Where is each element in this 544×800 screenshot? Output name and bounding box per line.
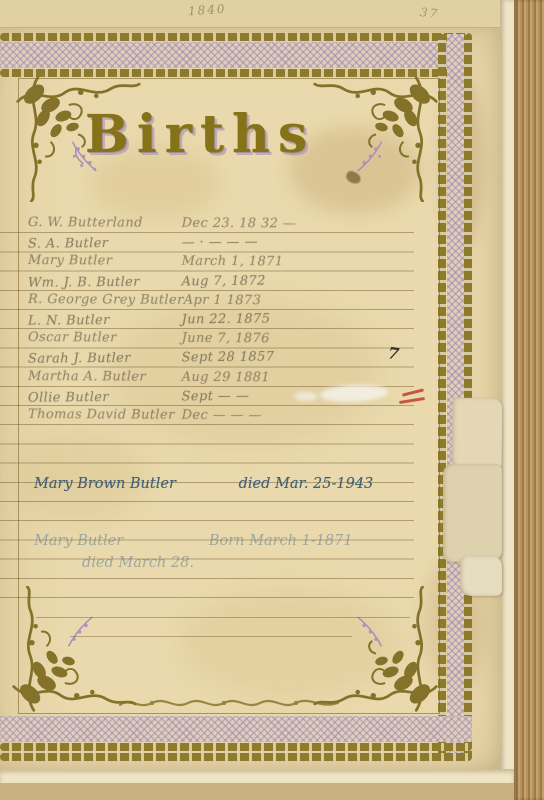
register-entry-row: R. George Grey Butler Apr 1 1873 (28, 292, 412, 312)
ruled-line (36, 617, 410, 618)
page-title: Births (40, 104, 360, 165)
register-entry-row: Wm. J. B. Butler Aug 7, 1872 (28, 272, 412, 293)
ink-entry-row: died March 28. (82, 555, 454, 571)
entry-name: Mary Butler (34, 533, 209, 549)
entry-name: Oscar Butler (28, 330, 182, 349)
entry-date: — · — — — (182, 235, 258, 254)
torn-page-fragment (460, 556, 502, 596)
book-scan: 1840 37 (0, 0, 544, 800)
register-entry-row: L. N. Butler Jun 22. 1875 (28, 310, 412, 331)
purple-lattice-border (0, 42, 472, 68)
register-entry-row: S. A. Butler — · — — — (28, 234, 412, 255)
births-register-page: Births 7 G. W. Butterland Dec 23. 18 32 … (0, 28, 502, 770)
gold-chain-border (0, 753, 472, 761)
entry-name: R. George Grey Butler (28, 292, 184, 311)
register-entry-row: Thomas David Butler Dec — — — (28, 407, 412, 427)
gold-chain-border (0, 33, 472, 41)
entry-name: Thomas David Butler (28, 407, 182, 426)
entry-name: Wm. J. B. Butler (28, 274, 182, 293)
entry-name: G. W. Butterland (28, 215, 182, 234)
background-surface (0, 783, 514, 800)
underlying-page-bottom (0, 769, 514, 783)
entry-date: Dec — — — (182, 408, 262, 426)
entry-date: Aug 7, 1872 (182, 273, 266, 292)
register-entry-row: Martha A. Butler Aug 29 1881 (28, 369, 412, 389)
purple-lattice-border (0, 716, 472, 742)
entry-name: Ollie Butler (28, 389, 182, 408)
underlying-page-edge (500, 0, 514, 800)
margin-note-right: 37 (419, 5, 440, 21)
torn-page-fragment (452, 398, 503, 473)
register-entry-row: Mary Butler March 1, 1871 (28, 253, 412, 273)
entry-name: S. A. Butler (28, 236, 182, 255)
entry-name: died March 28. (82, 555, 287, 571)
entry-date: Sept 28 1857 (182, 350, 275, 369)
entry-name: Sarah J. Butler (28, 351, 182, 370)
ruled-line (70, 636, 352, 637)
entry-date: died Mar. 25-1943 (239, 476, 374, 492)
entry-date: Aug 29 1881 (182, 369, 270, 387)
register-entry-row: Sarah J. Butler Sept 28 1857 (28, 349, 412, 370)
entry-date: Born March 1-1871 (209, 533, 353, 549)
entry-date: Sept — — (182, 389, 250, 408)
entry-name: Mary Brown Butler (34, 476, 239, 492)
entry-name: L. N. Butler (28, 312, 182, 331)
page-top-edge: 1840 37 (0, 0, 512, 30)
book-fore-edge (514, 0, 544, 800)
margin-note-year: 1840 (188, 2, 227, 19)
register-entry-row: Ollie Butler Sept — — (28, 387, 412, 408)
entry-date: Jun 22. 1875 (182, 312, 271, 331)
gold-chain-border (0, 743, 472, 751)
ink-entry-row: Mary Butler Born March 1-1871 (34, 533, 406, 549)
entry-name: Martha A. Butler (28, 369, 182, 388)
bottom-vine-ornament (118, 694, 342, 712)
entry-date: Dec 23. 18 32 — (182, 216, 297, 235)
ink-entry-list: Mary Brown Butler died Mar. 25-1943 Mary… (34, 476, 406, 596)
entry-date: June 7, 1876 (182, 331, 270, 349)
pencil-entry-list: 7 G. W. Butterland Dec 23. 18 32 — S. A.… (28, 216, 412, 441)
entry-name: Mary Butler (28, 253, 182, 272)
border-band-bottom (0, 714, 472, 760)
register-entry-row: Oscar Butler June 7, 1876 (28, 330, 412, 350)
torn-page-fragment (443, 464, 502, 562)
border-band-top (0, 32, 472, 78)
entry-date: Apr 1 1873 (184, 293, 262, 311)
ink-entry-row: Mary Brown Butler died Mar. 25-1943 (34, 476, 406, 492)
entry-date: March 1, 1871 (182, 254, 284, 273)
register-entry-row: G. W. Butterland Dec 23. 18 32 — (28, 215, 412, 235)
